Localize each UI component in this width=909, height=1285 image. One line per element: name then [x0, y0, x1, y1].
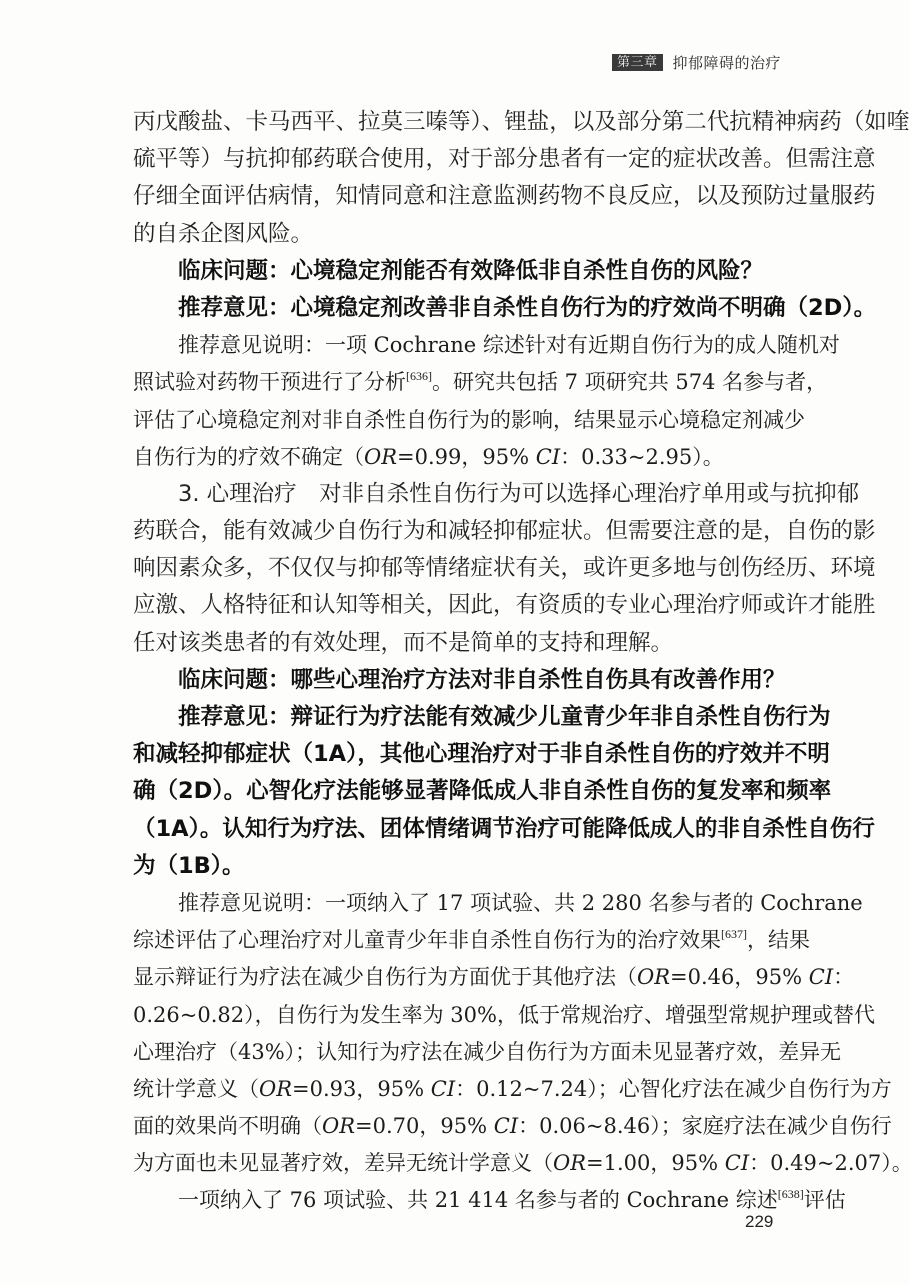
citation-ref: [636]	[406, 369, 432, 383]
text-span: =0.99，95%	[397, 445, 536, 469]
text-span: ：0.12~7.24）；心智化疗法在减少自伤行为方	[455, 1077, 892, 1101]
recommendation-note-line: 心理治疗（43%）；认知行为疗法在减少自伤行为方面未见显著疗效，差异无	[133, 1034, 775, 1071]
odds-ratio-label: OR	[259, 1077, 292, 1101]
odds-ratio-label: OR	[364, 445, 397, 469]
text-span: ：0.49~2.07）。	[749, 1151, 909, 1175]
text-span: 综述评估了心理治疗对儿童青少年非自杀性自伤行为的治疗效果	[133, 928, 721, 952]
recommendation-note-line: 统计学意义（OR=0.93，95% CI：0.12~7.24）；心智化疗法在减少…	[133, 1071, 775, 1108]
text-span: ：	[833, 965, 854, 989]
recommendation: 为（1B）。	[133, 848, 775, 885]
recommendation-note-line: 评估了心境稳定剂对非自杀性自伤行为的影响，结果显示心境稳定剂减少	[133, 402, 775, 439]
confidence-interval-label: CI	[725, 1151, 749, 1175]
text-line: 任对该类患者的有效处理，而不是简单的支持和理解。	[133, 625, 775, 662]
confidence-interval-label: CI	[809, 965, 833, 989]
chapter-title: 抑郁障碍的治疗	[673, 52, 782, 73]
text-span: 统计学意义（	[133, 1077, 259, 1101]
text-span: 。研究共包括 7 项研究共 574 名参与者，	[432, 370, 827, 394]
recommendation-note-line: 为方面也未见显著疗效，差异无统计学意义（OR=1.00，95% CI：0.49~…	[133, 1145, 775, 1182]
text-span: ：0.06~8.46）；家庭疗法在减少自伤行	[518, 1114, 892, 1138]
recommendation-note-line: 0.26~0.82），自伤行为发生率为 30%，低于常规治疗、增强型常规护理或替…	[133, 997, 775, 1034]
recommendation: 推荐意见：心境稳定剂改善非自杀性自伤行为的疗效尚不明确（2D）。	[133, 290, 775, 327]
confidence-interval-label: CI	[536, 445, 560, 469]
citation-ref: [638]	[778, 1187, 804, 1201]
confidence-interval-label: CI	[431, 1077, 455, 1101]
text-span: 为方面也未见显著疗效，差异无统计学意义（	[133, 1151, 553, 1175]
chapter-badge: 第三章	[612, 54, 663, 71]
clinical-question: 临床问题：心境稳定剂能否有效降低非自杀性自伤的风险？	[133, 253, 775, 290]
recommendation-note-line: 面的效果尚不明确（OR=0.70，95% CI：0.06~8.46）；家庭疗法在…	[133, 1108, 775, 1145]
recommendation: 和减轻抑郁症状（1A），其他心理治疗对于非自杀性自伤的疗效并不明	[133, 736, 775, 773]
text-line: 应激、人格特征和认知等相关，因此，有资质的专业心理治疗师或许才能胜	[133, 587, 775, 624]
text-span: 一项纳入了 76 项试验、共 21 414 名参与者的 Cochrane 综述	[178, 1188, 778, 1212]
page-number: 229	[745, 1212, 773, 1232]
odds-ratio-label: OR	[553, 1151, 586, 1175]
odds-ratio-label: OR	[637, 965, 670, 989]
section-heading-line: 3. 心理治疗 对非自杀性自伤行为可以选择心理治疗单用或与抗抑郁	[133, 476, 775, 513]
text-span: 评估	[804, 1188, 846, 1212]
text-span: =0.93，95%	[292, 1077, 431, 1101]
recommendation-note-line: 自伤行为的疗效不确定（OR=0.99，95% CI：0.33~2.95）。	[133, 439, 775, 476]
text-span: =0.70，95%	[355, 1114, 494, 1138]
text-span: 面的效果尚不明确（	[133, 1114, 322, 1138]
recommendation-note-line: 综述评估了心理治疗对儿童青少年非自杀性自伤行为的治疗效果[637]，结果	[133, 922, 775, 959]
text-span: ：0.33~2.95）。	[560, 445, 724, 469]
running-header: 第三章 抑郁障碍的治疗	[612, 52, 781, 73]
text-line: 丙戊酸盐、卡马西平、拉莫三嗪等）、锂盐，以及部分第二代抗精神病药（如喹	[133, 104, 775, 141]
recommendation-note-line: 推荐意见说明：一项 Cochrane 综述针对有近期自伤行为的成人随机对	[133, 327, 775, 364]
odds-ratio-label: OR	[322, 1114, 355, 1138]
text-span: 自伤行为的疗效不确定（	[133, 445, 364, 469]
text-span: 照试验对药物干预进行了分析	[133, 370, 406, 394]
recommendation: （1A）。认知行为疗法、团体情绪调节治疗可能降低成人的非自杀性自伤行	[133, 811, 775, 848]
text-line: 仔细全面评估病情，知情同意和注意监测药物不良反应，以及预防过量服药	[133, 178, 775, 215]
recommendation: 推荐意见：辩证行为疗法能有效减少儿童青少年非自杀性自伤行为	[133, 699, 775, 736]
text-line: 一项纳入了 76 项试验、共 21 414 名参与者的 Cochrane 综述[…	[133, 1182, 775, 1219]
text-span: =0.46，95%	[670, 965, 809, 989]
recommendation-note-line: 照试验对药物干预进行了分析[636]。研究共包括 7 项研究共 574 名参与者…	[133, 364, 775, 401]
text-span: 显示辩证行为疗法在减少自伤行为方面优于其他疗法（	[133, 965, 637, 989]
recommendation-note-line: 推荐意见说明：一项纳入了 17 项试验、共 2 280 名参与者的 Cochra…	[133, 885, 775, 922]
text-span: =1.00，95%	[586, 1151, 725, 1175]
citation-ref: [637]	[721, 927, 747, 941]
text-line: 的自杀企图风险。	[133, 216, 775, 253]
clinical-question: 临床问题：哪些心理治疗方法对非自杀性自伤具有改善作用？	[133, 662, 775, 699]
confidence-interval-label: CI	[494, 1114, 518, 1138]
recommendation: 确（2D）。心智化疗法能够显著降低成人非自杀性自伤的复发率和频率	[133, 773, 775, 810]
page-body: 丙戊酸盐、卡马西平、拉莫三嗪等）、锂盐，以及部分第二代抗精神病药（如喹 硫平等）…	[133, 104, 775, 1220]
text-line: 响因素众多，不仅仅与抑郁等情绪症状有关，或许更多地与创伤经历、环境	[133, 550, 775, 587]
recommendation-note-line: 显示辩证行为疗法在减少自伤行为方面优于其他疗法（OR=0.46，95% CI：	[133, 959, 775, 996]
text-line: 硫平等）与抗抑郁药联合使用，对于部分患者有一定的症状改善。但需注意	[133, 141, 775, 178]
text-span: ，结果	[747, 928, 810, 952]
text-line: 药联合，能有效减少自伤行为和减轻抑郁症状。但需要注意的是，自伤的影	[133, 513, 775, 550]
